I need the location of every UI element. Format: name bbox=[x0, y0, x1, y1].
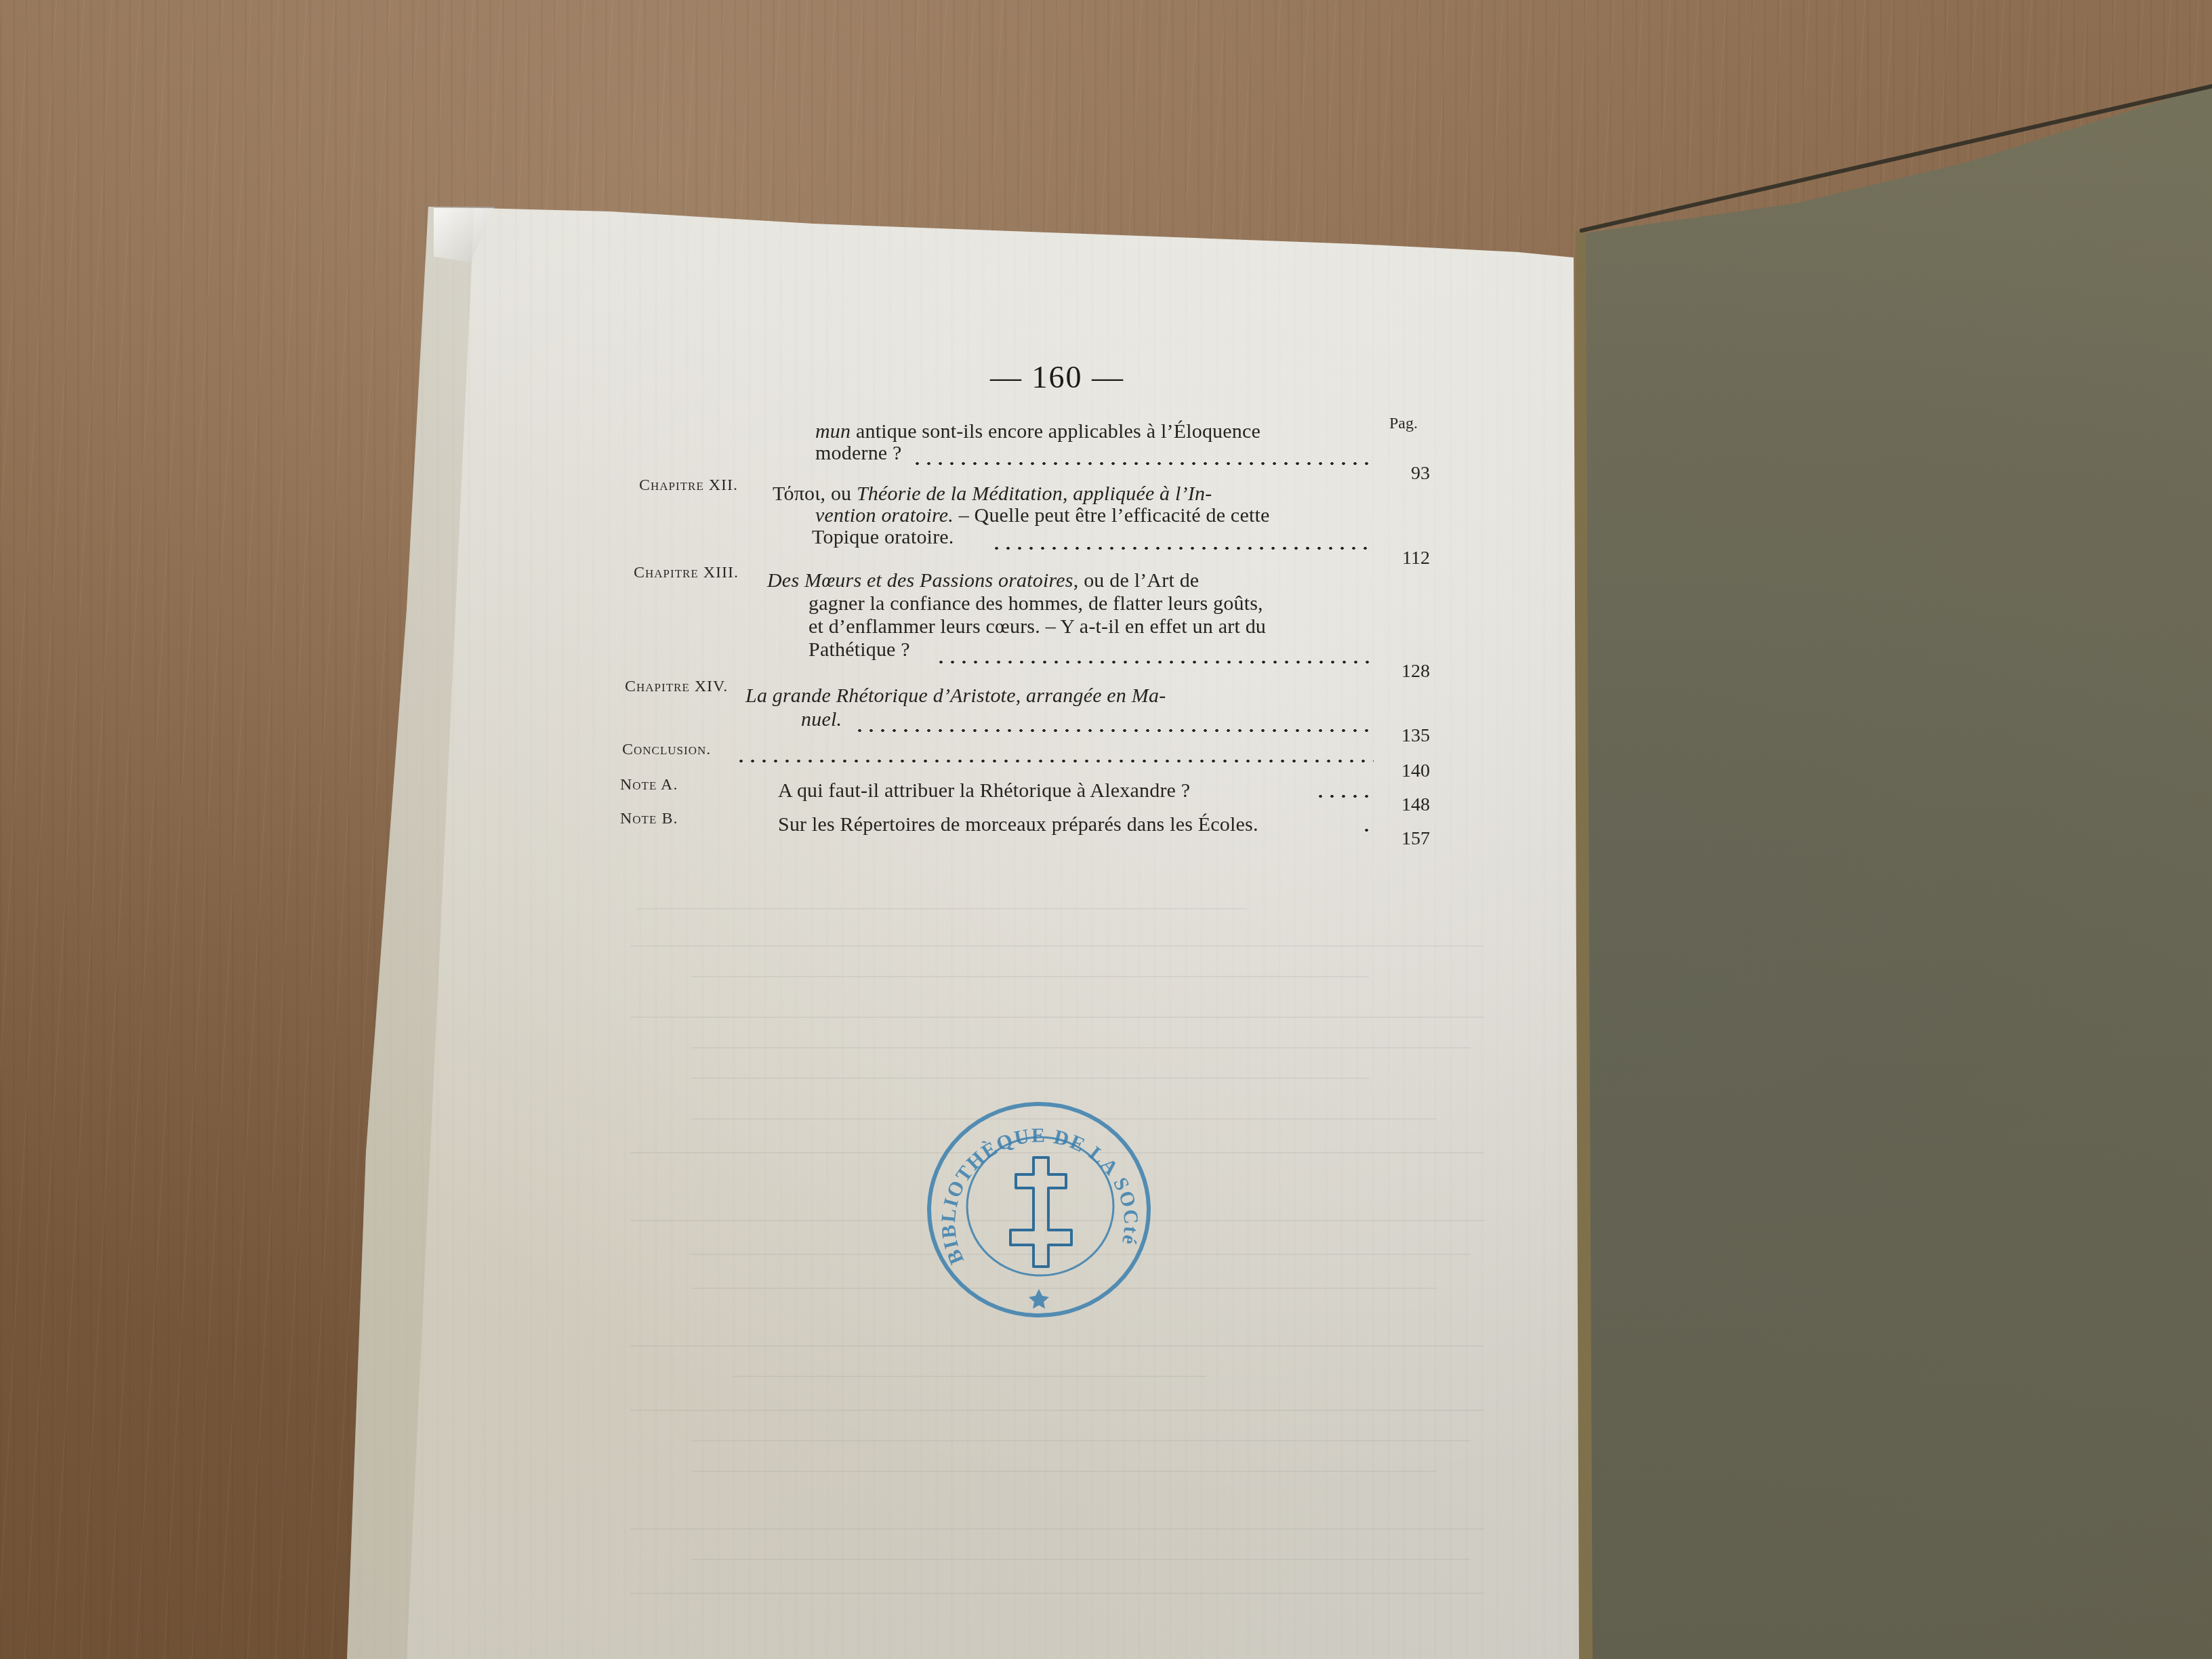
toc-entry-xiv-line2: nuel. bbox=[801, 708, 842, 731]
dot-leader bbox=[912, 462, 1372, 466]
italic-text: Théorie de la Méditation bbox=[857, 483, 1063, 505]
italic-text: appliquée à l’In- bbox=[1073, 483, 1212, 505]
toc-page-ref: 140 bbox=[1395, 760, 1430, 782]
note-b-label: Note B. bbox=[620, 810, 678, 828]
toc-entry-xiii-line4: Pathétique ? bbox=[808, 638, 910, 661]
toc-entry-xiii-line1: Des Mœurs et des Passions oratoires, ou … bbox=[767, 569, 1199, 592]
toc-page-content: — 160 — Pag. mun antique sont-ils encore… bbox=[0, 0, 2212, 1659]
pag-column-label: Pag. bbox=[1389, 415, 1418, 433]
stamp-star-ornament-icon bbox=[1029, 1289, 1049, 1309]
toc-text: antique sont-ils encore applicables à l’… bbox=[851, 420, 1261, 443]
library-stamp: BIBLIOTHÈQUE DE LA SOCté D’ARCHÉOLOGIE L… bbox=[924, 1098, 1154, 1322]
note-a-label: Note A. bbox=[620, 776, 678, 794]
cross-of-lorraine-icon bbox=[1010, 1158, 1071, 1267]
toc-text: – Quelle peut être l’efficacité de cette bbox=[954, 504, 1270, 527]
toc-entry-note-b: Sur les Répertoires de morceaux préparés… bbox=[778, 813, 1258, 836]
chapter-label-xiii: Chapitre XIII. bbox=[634, 564, 739, 582]
toc-entry-continuation-line2: moderne ? bbox=[815, 442, 902, 465]
toc-entry-xii-line1: Τόποι, ou Théorie de la Méditation, appl… bbox=[773, 483, 1212, 506]
dot-leader bbox=[1361, 828, 1374, 832]
toc-entry-continuation-line1: mun antique sont-ils encore applicables … bbox=[815, 420, 1261, 443]
dot-leader bbox=[935, 660, 1374, 664]
italic-text: vention oratoire. bbox=[815, 504, 954, 527]
italic-text: nuel. bbox=[801, 708, 842, 731]
chapter-label-xii: Chapitre XII. bbox=[639, 476, 738, 495]
italic-text: La grande Rhétorique d’Aristote bbox=[745, 684, 1016, 707]
toc-text: Τόποι, ou bbox=[773, 483, 857, 505]
italic-text: Des Mœurs et des Passions oratoires bbox=[767, 569, 1073, 592]
toc-page-ref: 157 bbox=[1395, 828, 1430, 850]
dot-leader bbox=[1315, 794, 1376, 798]
dot-leader bbox=[854, 729, 1374, 733]
svg-text:BIBLIOTHÈQUE DE LA SOCté D’ARC: BIBLIOTHÈQUE DE LA SOCté D’ARCHÉOLOGIE L… bbox=[924, 1098, 1143, 1267]
page-number-header: — 160 — bbox=[956, 359, 1159, 395]
dot-leader bbox=[735, 759, 1374, 763]
dot-leader bbox=[991, 546, 1374, 550]
toc-entry-xiii-line3: et d’enflammer leurs cœurs. – Y a-t-il e… bbox=[808, 615, 1266, 638]
chapter-label-xiv: Chapitre XIV. bbox=[625, 678, 728, 696]
toc-text: , bbox=[1063, 483, 1073, 505]
toc-entry-xiv-line1: La grande Rhétorique d’Aristote, arrangé… bbox=[745, 684, 1166, 708]
toc-entry-xii-line3: Topique oratoire. bbox=[812, 526, 954, 549]
toc-text: , ou de l’Art de bbox=[1073, 569, 1200, 592]
toc-page-ref: 93 bbox=[1395, 463, 1430, 485]
toc-page-ref: 135 bbox=[1395, 725, 1430, 747]
toc-text: , bbox=[1016, 684, 1026, 707]
toc-entry-xii-line2: vention oratoire. – Quelle peut être l’e… bbox=[815, 504, 1270, 527]
italic-text: arrangée en Ma- bbox=[1026, 684, 1166, 707]
stamp-seal-icon: BIBLIOTHÈQUE DE LA SOCté D’ARCHÉOLOGIE L… bbox=[924, 1098, 1154, 1322]
italic-text: mun bbox=[815, 420, 851, 443]
toc-page-ref: 148 bbox=[1395, 794, 1430, 816]
toc-entry-xiii-line2: gagner la confiance des hommes, de flatt… bbox=[808, 592, 1263, 615]
toc-page-ref: 112 bbox=[1395, 548, 1430, 569]
conclusion-label: Conclusion. bbox=[622, 741, 711, 759]
toc-page-ref: 128 bbox=[1395, 661, 1430, 682]
toc-entry-note-a: A qui faut-il attribuer la Rhétorique à … bbox=[778, 779, 1190, 802]
